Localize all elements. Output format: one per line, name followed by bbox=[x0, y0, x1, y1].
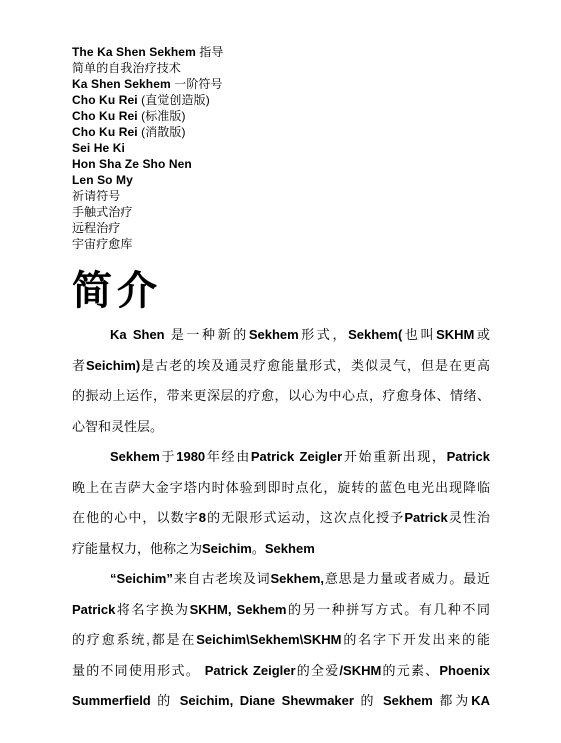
text-segment: Patrick Zeigler bbox=[205, 663, 296, 678]
text-segment: 的 bbox=[354, 693, 383, 708]
paragraph-line: “Seichim”来自古老埃及词Sekhem,意思是力量或者威力。最近 bbox=[72, 564, 490, 595]
text-segment: 者 bbox=[72, 358, 86, 373]
text-segment: 一阶符号 bbox=[171, 77, 223, 91]
toc-item: Cho Ku Rei (直觉创造版) bbox=[72, 92, 223, 108]
text-segment: Seichim bbox=[202, 541, 252, 556]
text-segment: 8 bbox=[199, 510, 206, 525]
text-segment: Patrick bbox=[72, 602, 115, 617]
text-segment: 量的不同使用形式。 bbox=[72, 663, 205, 678]
text-segment: Seichim\Sekhem\SKHM bbox=[196, 632, 341, 647]
text-segment: 年经由 bbox=[205, 449, 251, 464]
text-segment: 的疗愈系统,都是在 bbox=[72, 632, 196, 647]
toc-item: Cho Ku Rei (标准版) bbox=[72, 108, 223, 124]
text-segment: Phoenix bbox=[439, 663, 490, 678]
text-segment: 简单的自我治疗技术 bbox=[72, 61, 181, 75]
text-segment: 意思是力量或者威力。最近 bbox=[324, 571, 490, 586]
paragraph-line: 晚上在吉萨大金字塔内时体验到即时点化，旋转的蓝色电光出现降临 bbox=[72, 473, 490, 504]
paragraph-line: 疗能量权力，他称之为Seichim。Sekhem bbox=[72, 534, 490, 565]
text-segment: Sekhem bbox=[383, 693, 433, 708]
text-segment: SKHM, Sekhem bbox=[190, 602, 287, 617]
text-segment: 手触式治疗 bbox=[72, 205, 133, 219]
text-segment: Sekhem bbox=[265, 541, 315, 556]
text-segment: 的元素、 bbox=[381, 663, 439, 678]
toc-item: 手触式治疗 bbox=[72, 204, 223, 220]
text-segment: 心智和灵性层。 bbox=[72, 419, 163, 434]
text-segment: (消散版) bbox=[141, 125, 186, 139]
paragraph-line: 的疗愈系统,都是在Seichim\Sekhem\SKHM的名字下开发出来的能 bbox=[72, 625, 490, 656]
text-segment: Seichim, Diane Shewmaker bbox=[180, 693, 354, 708]
paragraph-line: 心智和灵性层。 bbox=[72, 412, 490, 443]
body-text: Ka Shen 是一种新的Sekhem形式，Sekhem(也叫SKHM或者Sei… bbox=[72, 320, 490, 717]
text-segment: 或 bbox=[474, 327, 490, 342]
text-segment: Sekhem bbox=[249, 327, 299, 342]
toc-list: The Ka Shen Sekhem 指导简单的自我治疗技术Ka Shen Se… bbox=[72, 44, 223, 252]
paragraph-line: 的振动上运作，带来更深层的疗愈，以心为中心点，疗愈身体、情绪、 bbox=[72, 381, 490, 412]
text-segment: Ka Shen bbox=[110, 327, 165, 342]
text-segment: 祈请符号 bbox=[72, 189, 120, 203]
text-segment: 都为 bbox=[433, 693, 471, 708]
text-segment: Sekhem, bbox=[271, 571, 324, 586]
toc-item: 简单的自我治疗技术 bbox=[72, 60, 223, 76]
text-segment: Patrick Zeigler bbox=[251, 449, 342, 464]
text-segment: 远程治疗 bbox=[72, 221, 120, 235]
text-segment: Sei He Ki bbox=[72, 141, 125, 155]
text-segment: 是一种新的 bbox=[165, 327, 249, 342]
text-segment: Hon Sha Ze Sho Nen bbox=[72, 157, 192, 171]
text-segment: 晚上在吉萨大金字塔内时体验到即时点化，旋转的蓝色电光出现降临 bbox=[72, 480, 490, 495]
text-segment: The Ka Shen Sekhem bbox=[72, 45, 196, 59]
text-segment: 来自古老埃及词 bbox=[173, 571, 271, 586]
text-segment: Patrick bbox=[404, 510, 447, 525]
text-segment: KA bbox=[471, 693, 490, 708]
text-segment: 形式， bbox=[299, 327, 348, 342]
toc-item: Sei He Ki bbox=[72, 140, 223, 156]
document-page: The Ka Shen Sekhem 指导简单的自我治疗技术Ka Shen Se… bbox=[0, 0, 561, 743]
text-segment: 的 bbox=[151, 693, 180, 708]
text-segment: 灵性治 bbox=[448, 510, 490, 525]
text-segment: 开始重新出现， bbox=[342, 449, 446, 464]
text-segment: 的振动上运作，带来更深层的疗愈，以心为中心点，疗愈身体、情绪、 bbox=[72, 388, 490, 403]
paragraph-line: Sekhem于1980年经由Patrick Zeigler开始重新出现，Patr… bbox=[72, 442, 490, 473]
text-segment: 也叫 bbox=[402, 327, 436, 342]
text-segment: 的全爱 bbox=[296, 663, 340, 678]
paragraph-line: Patrick将名字换为SKHM, Sekhem的另一种拼写方式。有几种不同 bbox=[72, 595, 490, 626]
text-segment: 的无限形式运动，这次点化授予 bbox=[206, 510, 404, 525]
text-segment: 的另一种拼写方式。有几种不同 bbox=[287, 602, 490, 617]
toc-item: Len So My bbox=[72, 172, 223, 188]
toc-item: 远程治疗 bbox=[72, 220, 223, 236]
text-segment: Cho Ku Rei bbox=[72, 125, 141, 139]
text-segment: 宇宙疗愈库 bbox=[72, 237, 133, 251]
paragraph-line: 量的不同使用形式。 Patrick Zeigler的全爱/SKHM的元素、Pho… bbox=[72, 656, 490, 687]
text-segment: Sekhem( bbox=[348, 327, 402, 342]
toc-item: 宇宙疗愈库 bbox=[72, 236, 223, 252]
toc-item: The Ka Shen Sekhem 指导 bbox=[72, 44, 223, 60]
toc-item: Ka Shen Sekhem 一阶符号 bbox=[72, 76, 223, 92]
text-segment: 。 bbox=[252, 541, 265, 556]
text-segment: (标准版) bbox=[141, 109, 186, 123]
text-segment: Ka Shen Sekhem bbox=[72, 77, 171, 91]
text-segment: (直觉创造版) bbox=[141, 93, 210, 107]
toc-item: Cho Ku Rei (消散版) bbox=[72, 124, 223, 140]
text-segment: Seichim) bbox=[86, 358, 140, 373]
text-segment: 疗能量权力，他称之为 bbox=[72, 541, 202, 556]
paragraph-line: Ka Shen 是一种新的Sekhem形式，Sekhem(也叫SKHM或 bbox=[72, 320, 490, 351]
text-segment: 指导 bbox=[196, 45, 224, 59]
text-segment: 将名字换为 bbox=[115, 602, 189, 617]
text-segment: Len So My bbox=[72, 173, 133, 187]
toc-item: 祈请符号 bbox=[72, 188, 223, 204]
text-segment: 的名字下开发出来的能 bbox=[341, 632, 490, 647]
text-segment: “Seichim” bbox=[110, 571, 173, 586]
text-segment: Summerfield bbox=[72, 693, 151, 708]
text-segment: /SKHM bbox=[339, 663, 381, 678]
toc-item: Hon Sha Ze Sho Nen bbox=[72, 156, 223, 172]
text-segment: Patrick bbox=[447, 449, 490, 464]
paragraph-line: 在他的心中，以数字8的无限形式运动，这次点化授予Patrick灵性治 bbox=[72, 503, 490, 534]
section-title: 简介 bbox=[72, 269, 162, 313]
text-segment: Cho Ku Rei bbox=[72, 93, 141, 107]
text-segment: 1980 bbox=[176, 449, 205, 464]
text-segment: Cho Ku Rei bbox=[72, 109, 141, 123]
text-segment: 于 bbox=[160, 449, 176, 464]
paragraph-line: Summerfield 的 Seichim, Diane Shewmaker 的… bbox=[72, 686, 490, 717]
text-segment: SKHM bbox=[436, 327, 474, 342]
text-segment: Sekhem bbox=[110, 449, 160, 464]
paragraph-line: 者Seichim)是古老的埃及通灵疗愈能量形式，类似灵气，但是在更高 bbox=[72, 351, 490, 382]
text-segment: 在他的心中，以数字 bbox=[72, 510, 199, 525]
text-segment: 是古老的埃及通灵疗愈能量形式，类似灵气，但是在更高 bbox=[140, 358, 490, 373]
